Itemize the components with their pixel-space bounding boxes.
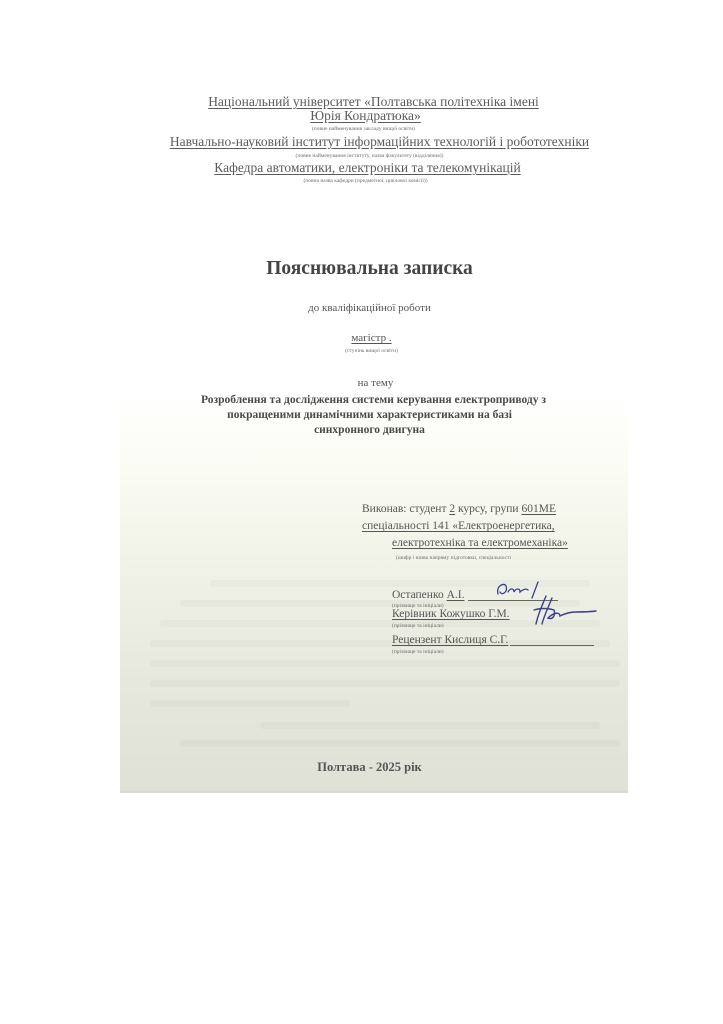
- department-caption: (повна назва кафедри (предметної, циклов…: [4, 178, 723, 184]
- student-surname: Остапенко: [392, 589, 447, 601]
- degree: магістр .: [10, 332, 723, 344]
- bleed-through-text: [150, 660, 620, 667]
- supervisor-name: Керівник Кожушко Г.М.: [392, 608, 510, 620]
- reviewer-caption: (прізвище та ініціали): [392, 649, 444, 655]
- department-name: Кафедра автоматики, електроніки та телек…: [6, 160, 723, 176]
- document-title: Пояснювальна записка: [8, 258, 723, 280]
- institute-name: Навчально-науковий інститут інформаційни…: [18, 134, 723, 150]
- degree-text: магістр .: [351, 332, 391, 344]
- student-initials: А.І.: [447, 589, 465, 601]
- performed-by-line: Виконав: студент 2 курсу, групи 601МЕ: [362, 503, 556, 515]
- group-number: 601МЕ: [521, 503, 556, 515]
- performed-prefix: Виконав: студент: [362, 503, 449, 515]
- reviewer-line: Рецензент Кислиця С.Г.: [392, 633, 594, 646]
- bleed-through-text: [260, 722, 600, 729]
- institute-caption: (повне найменування інституту, назва фак…: [8, 153, 723, 159]
- bleed-through-text: [180, 600, 580, 607]
- bleed-through-text: [150, 700, 350, 707]
- topic-line-3: синхронного двигуна: [8, 423, 723, 437]
- bleed-through-text: [180, 740, 620, 747]
- course-suffix: курсу, групи: [455, 503, 521, 515]
- university-caption: (повне найменування закладу вищої освіти…: [2, 126, 723, 132]
- supervisor-signature-icon: [530, 594, 600, 628]
- degree-caption: (ступінь вищої освіти): [10, 348, 723, 354]
- topic-line-1: Розроблення та дослідження системи керув…: [12, 393, 723, 407]
- institute-name-text: Навчально-науковий інститут інформаційни…: [170, 134, 589, 149]
- topic-line-2: покращеними динамічними характеристиками…: [8, 408, 723, 422]
- bleed-through-text: [150, 680, 620, 687]
- reviewer-signature-line: [510, 633, 594, 646]
- reviewer-name: Рецензент Кислиця С.Г.: [392, 634, 508, 646]
- city-year: Полтава - 2025 рік: [8, 760, 723, 775]
- supervisor-caption: (прізвище та ініціали): [392, 623, 444, 629]
- topic-label: на тему: [14, 377, 723, 389]
- specialty-line-2: електротехніка та електромеханіка»: [392, 537, 568, 549]
- department-name-text: Кафедра автоматики, електроніки та телек…: [214, 160, 520, 175]
- specialty-line-1: спеціальності 141 «Електроенергетика,: [362, 520, 555, 532]
- specialty-text-2: електротехніка та електромеханіка»: [392, 537, 568, 549]
- specialty-text-1: спеціальності 141 «Електроенергетика,: [362, 520, 555, 532]
- specialty-caption: (шифр і назва напряму підготовки, спеціа…: [396, 555, 511, 561]
- university-name-line2: Юрія Кондратюка»: [4, 108, 723, 124]
- university-name-text: Національний університет «Полтавська пол…: [208, 94, 539, 109]
- document-subtitle: до кваліфікаційної роботи: [8, 302, 723, 314]
- supervisor-line: Керівник Кожушко Г.М.: [392, 608, 510, 620]
- university-name-text-2: Юрія Кондратюка»: [310, 108, 421, 123]
